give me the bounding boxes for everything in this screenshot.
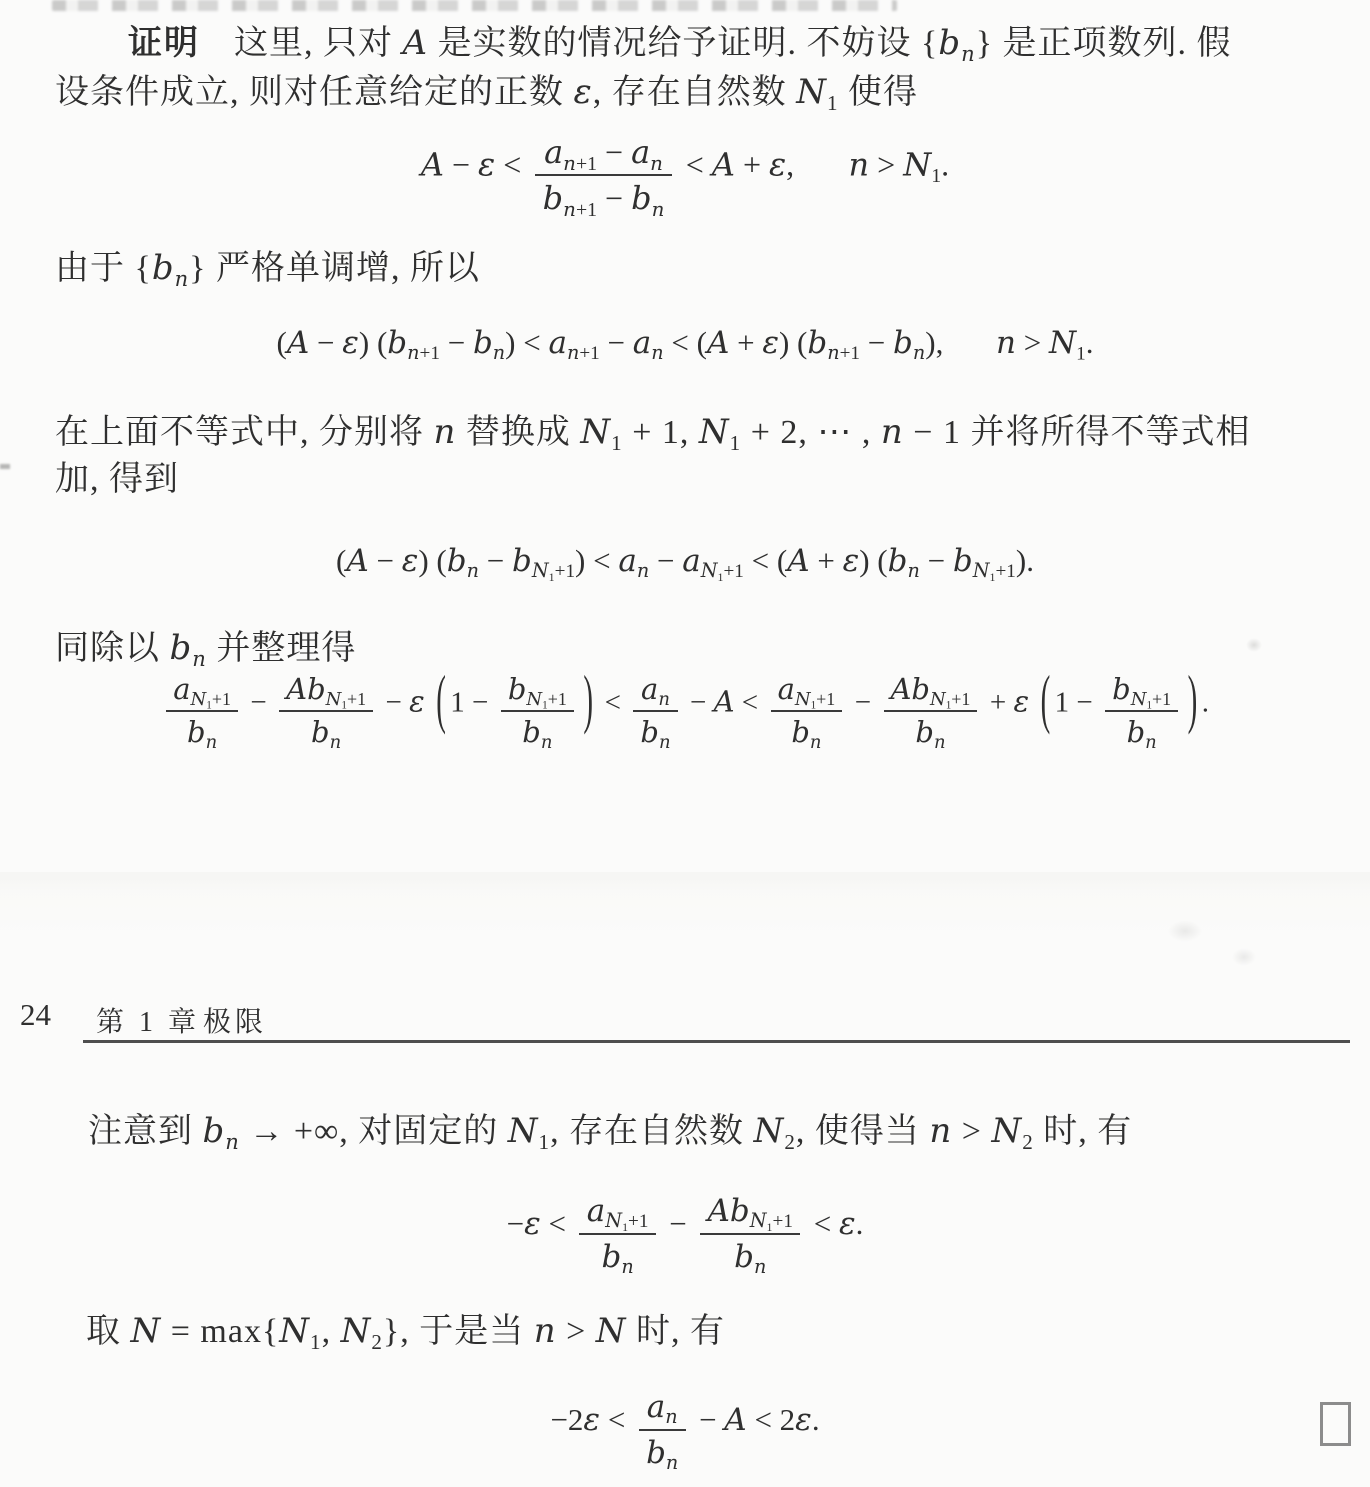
- scan-smudge: [1168, 920, 1202, 942]
- formula-display-1: A − ε < an+1 − anbn+1 − bn < A + ε,n > N…: [0, 133, 1370, 218]
- paragraph-monotone: 由于 {bn} 严格单调增, 所以: [55, 247, 480, 291]
- proof-label: 证明: [128, 24, 200, 62]
- chapter-title: 极限: [203, 1000, 267, 1040]
- scan-smudge: [1246, 638, 1262, 652]
- page-seam: [0, 872, 1370, 938]
- formula-display-3: (A − ε) (bn − bN1+1) < an − aN1+1 < (A +…: [0, 543, 1370, 579]
- previous-page-cropped-line: [52, 0, 897, 11]
- proof-paragraph-line-1: 证明这里, 只对 A 是实数的情况给予证明. 不妨设 {bn} 是正项数列. 假: [128, 22, 1232, 66]
- proof-text-1: 这里, 只对 A 是实数的情况给予证明. 不妨设 {bn} 是正项数列. 假: [234, 25, 1232, 62]
- proof-paragraph-line-2: 设条件成立, 则对任意给定的正数 ε, 存在自然数 N1 使得: [55, 71, 918, 115]
- paragraph-note: 注意到 bn → +∞, 对固定的 N1, 存在自然数 N2, 使得当 n > …: [88, 1110, 1132, 1154]
- formula-display-4: aN1+1bn − AbN1+1bn − ε (1 − bN1+1bn) < a…: [0, 672, 1370, 751]
- header-rule: [83, 1040, 1350, 1043]
- formula-display-6: −2ε < anbn − A < 2ε.: [0, 1388, 1370, 1473]
- chapter-label: 第 1 章: [96, 1000, 200, 1040]
- scan-edge-mark: [0, 464, 10, 469]
- paragraph-take-n: 取 N = max{N1, N2}, 于是当 n > N 时, 有: [86, 1310, 725, 1354]
- qed-square: [1320, 1402, 1351, 1446]
- scanned-page: 证明这里, 只对 A 是实数的情况给予证明. 不妨设 {bn} 是正项数列. 假…: [0, 0, 1370, 1487]
- paragraph-substitute-line-2: 加, 得到: [55, 459, 179, 502]
- paragraph-divide: 同除以 bn 并整理得: [55, 627, 356, 671]
- page-number: 24: [20, 997, 51, 1033]
- scan-smudge: [1232, 948, 1256, 966]
- formula-display-2: (A − ε) (bn+1 − bn) < an+1 − an < (A + ε…: [0, 325, 1370, 361]
- formula-display-5: −ε < aN1+1bn − AbN1+1bn < ε.: [0, 1192, 1370, 1277]
- paragraph-substitute-line-1: 在上面不等式中, 分别将 n 替换成 N1 + 1, N1 + 2, ⋯ , n…: [55, 411, 1250, 455]
